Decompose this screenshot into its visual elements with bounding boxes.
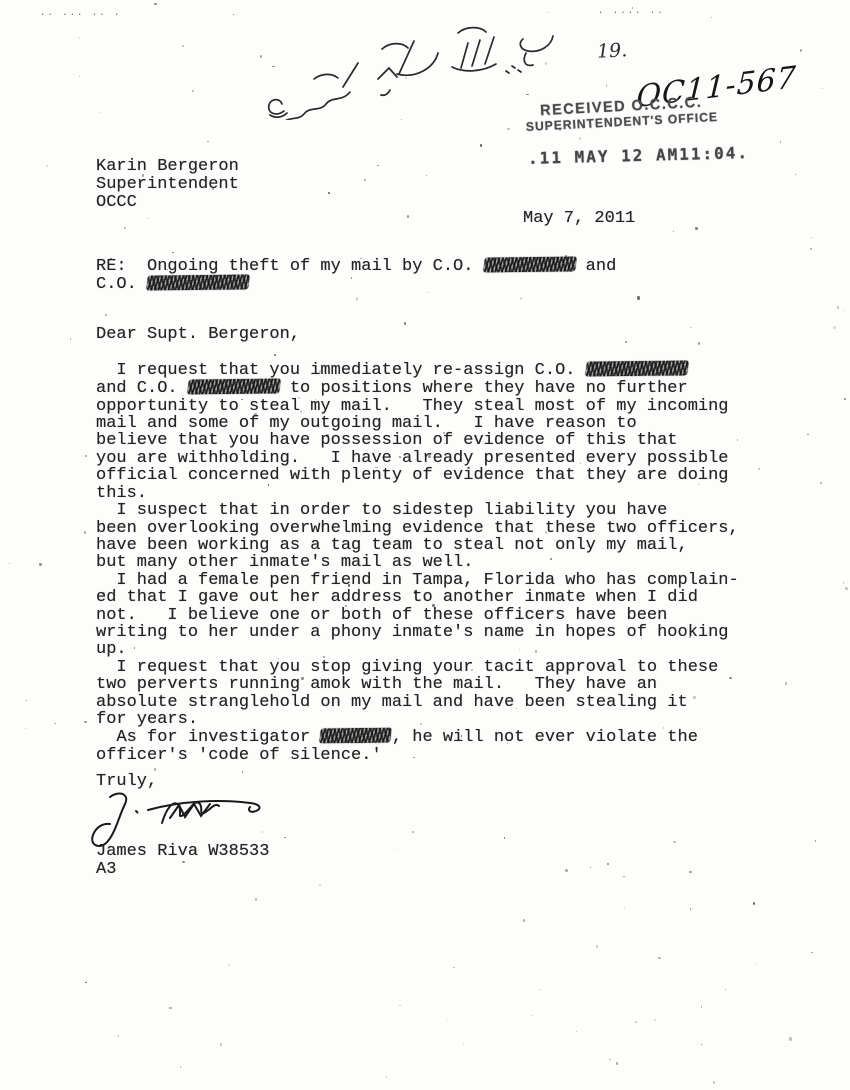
salutation: Dear Supt. Bergeron,: [96, 326, 300, 343]
subject-line: RE: Ongoing theft of my mail by C.O. and…: [96, 257, 616, 294]
scan-artifact-dashes-left: ·· ··· ·· ·: [40, 10, 121, 20]
redacted-name: [585, 360, 689, 376]
redacted-name: [483, 257, 577, 273]
letter-body: I request that you immediately re-assign…: [96, 361, 739, 764]
scanned-letter-page: { "annotations": { "page_number": "19.",…: [0, 0, 850, 1090]
redacted-name: [146, 275, 250, 291]
recipient-address-block: Karin Bergeron Superintendent OCCC: [96, 158, 239, 212]
redacted-name: [319, 728, 392, 744]
redacted-name: [187, 379, 281, 395]
signature-name-block: James Riva W38533 A3: [96, 843, 269, 878]
scan-artifact-dashes-center: · ···· ··: [598, 8, 665, 18]
signature-handwriting-icon: [86, 787, 301, 847]
handwritten-page-number: 19.: [596, 39, 627, 63]
letter-date: May 7, 2011: [523, 210, 635, 227]
